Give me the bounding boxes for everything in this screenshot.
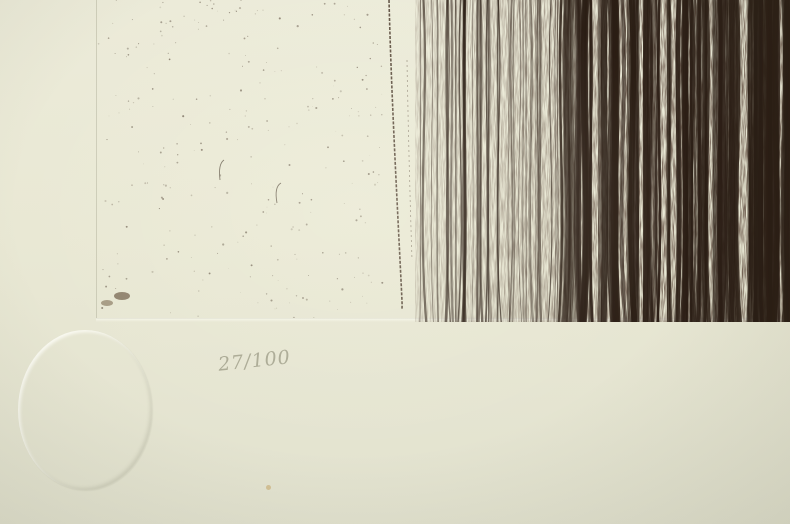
blind-stamp-emboss (18, 330, 152, 490)
foxing-spot (266, 485, 271, 490)
speckle-area (96, 0, 386, 318)
crayon-line (385, 0, 415, 322)
print-photograph: 27/100 (0, 0, 790, 524)
inked-image-area (415, 0, 790, 322)
edition-number: 27/100 (217, 346, 292, 375)
